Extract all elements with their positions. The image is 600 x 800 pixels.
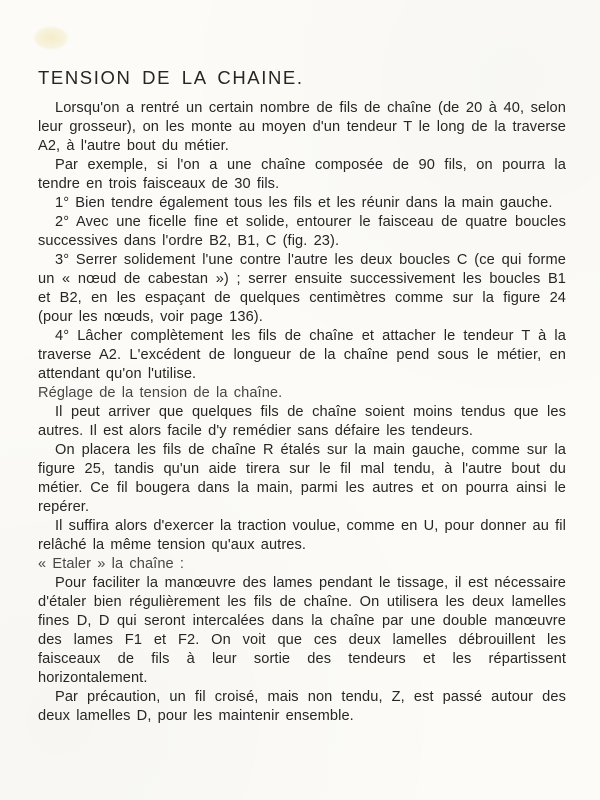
paper-stain	[33, 26, 69, 50]
document-title: TENSION DE LA CHAINE.	[38, 67, 566, 89]
paragraph-etaler-1: Pour faciliter la manœuvre des lames pen…	[38, 574, 566, 688]
paragraph-step-4: 4° Lâcher complètement les fils de chaîn…	[38, 327, 566, 384]
paragraph-intro: Lorsqu'on a rentré un certain nombre de …	[38, 99, 566, 156]
paragraph-reglage-3: Il suffira alors d'exercer la traction v…	[38, 517, 566, 555]
paragraph-step-3: 3° Serrer solidement l'une contre l'autr…	[38, 251, 566, 327]
scanned-book-page: TENSION DE LA CHAINE. Lorsqu'on a rentré…	[0, 0, 600, 800]
subheading-etaler: « Etaler » la chaîne :	[38, 555, 566, 574]
paragraph-reglage-2: On placera les fils de chaîne R étalés s…	[38, 441, 566, 517]
paragraph-example: Par exemple, si l'on a une chaîne compos…	[38, 156, 566, 194]
subheading-reglage: Réglage de la tension de la chaîne.	[38, 384, 566, 403]
page-text-block: TENSION DE LA CHAINE. Lorsqu'on a rentré…	[38, 67, 566, 726]
paragraph-etaler-2: Par précaution, un fil croisé, mais non …	[38, 688, 566, 726]
paragraph-step-1: 1° Bien tendre également tous les fils e…	[38, 194, 566, 213]
paragraph-step-2: 2° Avec une ficelle fine et solide, ento…	[38, 213, 566, 251]
paragraph-reglage-1: Il peut arriver que quelques fils de cha…	[38, 403, 566, 441]
